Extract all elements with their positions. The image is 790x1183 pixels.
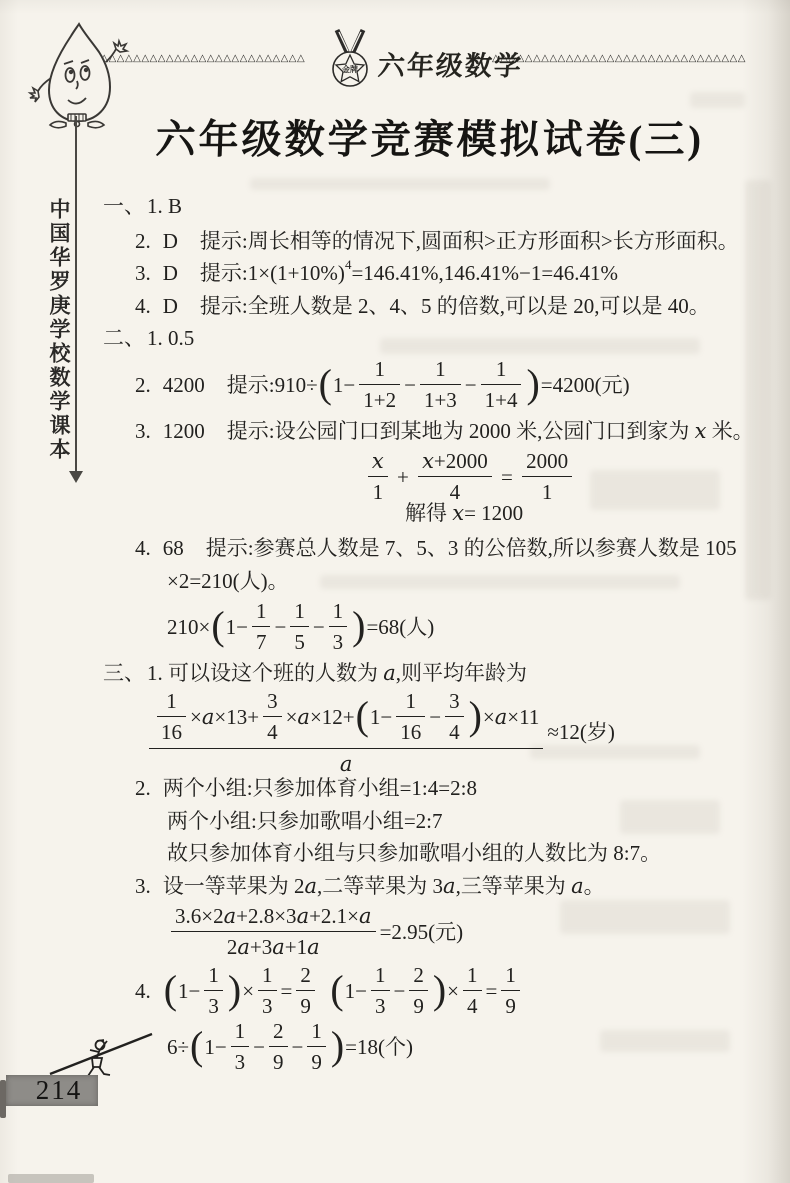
hint-text: 提示:全班人数是 2、4、5 的倍数,可以是 20,可以是 40。	[200, 293, 710, 319]
answer-line: 3. D 提示:1×(1+10%)4=146.41%,146.41%−1=46.…	[135, 260, 618, 286]
average-age-formula: 116×a×13+34×a×12+(1−116−34)×a×11a≈12(岁)	[145, 688, 615, 777]
final-formula: 6÷(1−13−29−19)=18(个)	[167, 1018, 413, 1076]
answer-line: 3. 设一等苹果为 2a,二等苹果为 3a,三等苹果为 a。	[135, 873, 605, 899]
fraction-formula: (1−13)×13=29 (1−13−29)×14=19	[163, 962, 524, 1020]
section-marker: 一、	[103, 193, 145, 219]
item-answer: D	[163, 228, 178, 254]
formula-line: 116×a×13+34×a×12+(1−116−34)×a×11a≈12(岁)	[145, 688, 615, 777]
answer-line: 二、 1. 0.5	[103, 325, 194, 351]
item-number: 3.	[135, 260, 151, 286]
medal-label: 金牌	[342, 64, 358, 74]
section-marker: 三、	[103, 660, 145, 686]
formula-line: 3.6×2a+2.8×3a+2.1×a2a+3a+1a=2.95(元)	[167, 903, 463, 961]
hint-text: 提示:周长相等的情况下,圆面积>正方形面积>长方形面积。	[200, 228, 739, 254]
hint-text: ×2=210(人)。	[167, 568, 289, 594]
formula-line: 6÷(1−13−29−19)=18(个)	[167, 1018, 413, 1076]
item-number: 4.	[135, 293, 151, 319]
item-number: 3.	[135, 873, 151, 899]
scanned-book-page: △△△△△△△△△△△△△△△△△△△△△△△△△△△ △△△△△△△△△△△△…	[0, 0, 790, 1183]
ink-bleed-smudge	[745, 180, 771, 600]
item-answer: 68	[163, 535, 184, 561]
continuation-line: ×2=210(人)。	[167, 568, 289, 594]
ink-bleed-smudge	[600, 1030, 730, 1052]
ink-bleed-smudge	[690, 92, 745, 108]
answer-text: 1. 0.5	[147, 325, 194, 351]
item-answer: 1200	[163, 418, 205, 444]
gold-medal-icon: 金牌	[322, 28, 378, 94]
sidebar-rule-line	[75, 116, 77, 472]
item-number: 3.	[135, 418, 151, 444]
answer-line: 2. 4200 提示:910÷(1−11+2−11+3−11+4)=4200(元…	[135, 356, 630, 414]
item-answer: 4200	[163, 372, 205, 398]
section-marker: 二、	[103, 325, 145, 351]
triangle-border-right: △△△△△△△△△△△△△△△△△△△△△△△△△△△△△△△	[492, 53, 746, 64]
water-drop-mascot	[20, 18, 132, 130]
answer-text: 故只参加体育小组与只参加歌唱小组的人数比为 8:7。	[167, 840, 661, 866]
item-number: 2.	[135, 775, 151, 801]
scan-bottom-strip	[8, 1174, 94, 1183]
ink-bleed-smudge	[250, 178, 550, 190]
page-title: 六年级数学竞赛模拟试卷(三)	[149, 108, 711, 165]
item-number: 2.	[135, 228, 151, 254]
item-answer: D	[163, 293, 178, 319]
formula-line: 210×(1−17−15−13)=68(人)	[167, 598, 434, 656]
equation-line: x1 + x+20004 = 20001	[190, 448, 750, 506]
answer-formula: 设一等苹果为 2a,二等苹果为 3a,三等苹果为 a。	[163, 873, 605, 899]
page-number-bar: 214	[6, 1075, 98, 1106]
answer-text: 两个小组:只参加体育小组=1:4=2:8	[163, 775, 477, 801]
ink-bleed-smudge	[380, 338, 700, 354]
series-banner-text: 六年级数学	[377, 44, 525, 83]
answer-line: 4. 68 提示:参赛总人数是 7、5、3 的公倍数,所以参赛人数是 105	[135, 535, 737, 561]
hint-formula: 提示:设公园门口到某地为 2000 米,公园门口到家为 x 米。	[227, 418, 754, 444]
continuation-line: 故只参加体育小组与只参加歌唱小组的人数比为 8:7。	[167, 840, 661, 866]
ink-bleed-smudge	[560, 900, 730, 934]
hint-formula: 提示:1×(1+10%)4=146.41%,146.41%−1=46.41%	[200, 260, 618, 286]
ink-bleed-smudge	[620, 800, 720, 834]
answer-text: 1. B	[147, 193, 182, 219]
calc-formula: 210×(1−17−15−13)=68(人)	[167, 598, 434, 656]
solution-line: 解得 x= 1200	[405, 500, 523, 526]
solution-formula: 解得 x= 1200	[405, 500, 523, 526]
item-number: 4.	[135, 535, 151, 561]
item-number: 4.	[135, 978, 151, 1004]
apple-price-formula: 3.6×2a+2.8×3a+2.1×a2a+3a+1a=2.95(元)	[167, 903, 463, 961]
answer-text: 两个小组:只参加歌唱小组=2:7	[167, 808, 443, 834]
answer-line: 3. 1200 提示:设公园门口到某地为 2000 米,公园门口到家为 x 米。	[135, 418, 754, 444]
ink-bleed-smudge	[320, 575, 680, 589]
continuation-line: 两个小组:只参加歌唱小组=2:7	[167, 808, 443, 834]
sidebar-arrow-tip	[69, 471, 83, 483]
hint-formula: 提示:910÷(1−11+2−11+3−11+4)=4200(元)	[227, 356, 630, 414]
hint-text: 提示:参赛总人数是 7、5、3 的公倍数,所以参赛人数是 105	[206, 535, 737, 561]
answer-line: 4. (1−13)×13=29 (1−13−29)×14=19	[135, 962, 524, 1020]
answer-line: 三、 1. 可以设这个班的人数为 a,则平均年龄为	[103, 660, 527, 686]
item-answer: D	[163, 260, 178, 286]
answer-formula: 1. 可以设这个班的人数为 a,则平均年龄为	[147, 660, 527, 686]
answer-line: 2. D 提示:周长相等的情况下,圆面积>正方形面积>长方形面积。	[135, 228, 739, 254]
answer-line: 一、 1. B	[103, 193, 182, 219]
item-number: 2.	[135, 372, 151, 398]
page-number: 214	[22, 1075, 83, 1106]
book-series-vertical-title: 中国华罗庚学校数学课本	[44, 198, 74, 462]
answer-line: 4. D 提示:全班人数是 2、4、5 的倍数,可以是 20,可以是 40。	[135, 293, 710, 319]
equation-formula: x1 + x+20004 = 20001	[364, 448, 576, 506]
answer-line: 2. 两个小组:只参加体育小组=1:4=2:8	[135, 775, 477, 801]
